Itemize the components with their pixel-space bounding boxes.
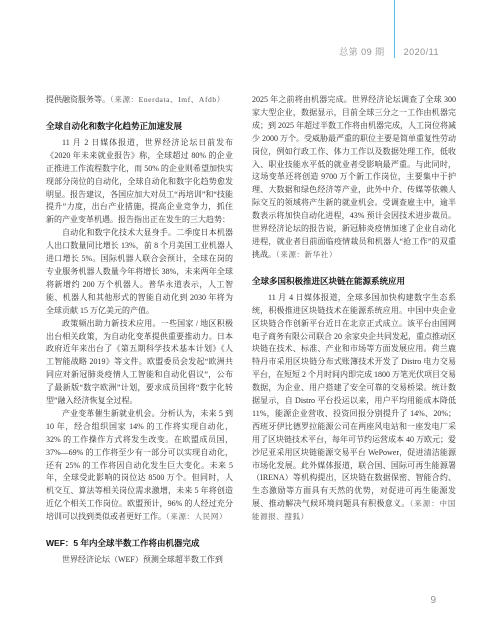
- article-title-blockchain-energy: 全球多国积极推进区块链在能源系统应用: [252, 275, 456, 287]
- left-column: 提供融资服务等。（来源：Enerdata、Imf、Afdb） 全球自动化和数字化…: [46, 94, 233, 567]
- issue-date: 2020/11: [404, 48, 439, 58]
- paragraph-text: 11 月 4 日媒体报道，全球多国加快构建数字生态系统，积极推进区块链技术在能源…: [252, 293, 456, 509]
- source-citation: （来源：新华社）: [276, 250, 337, 259]
- right-column: 2025 年之前将由机器完成。世界经济论坛调查了全球 300 家大型企业，数据显…: [252, 94, 456, 567]
- article-paragraph: 产业变革催生新就业机会。分析认为，未来 5 到 10 年，经合组织国家 14% …: [46, 408, 233, 524]
- paragraph-text: 世界经济论坛（WEF）预测全球超半数工作到: [62, 555, 223, 564]
- article-paragraph: 11 月 2 日媒体报道，世界经济论坛日前发布《2020 年未来就业报告》称，全…: [46, 137, 233, 227]
- article-paragraph: 世界经济论坛（WEF）预测全球超半数工作到: [46, 554, 233, 567]
- page-header: 总第 09 期 2020/11: [339, 0, 439, 58]
- article-paragraph: 自动化和数字化技术大显身手。二季度日本机器人出口数量同比增长 13%，前 8 个…: [46, 227, 233, 317]
- carryover-paragraph: 提供融资服务等。（来源：Enerdata、Imf、Afdb）: [46, 94, 233, 107]
- header-divider-line: [394, 0, 395, 58]
- issue-number: 总第 09 期: [339, 48, 385, 58]
- content-columns: 提供融资服务等。（来源：Enerdata、Imf、Afdb） 全球自动化和数字化…: [46, 94, 456, 567]
- source-citation: （来源：Enerdata、Imf、Afdb）: [110, 95, 225, 104]
- article-title-wef-machines: WEF：5 年内全球半数工作将由机器完成: [46, 537, 233, 549]
- source-citation: （来源：人民网）: [166, 512, 227, 521]
- article-title-automation-trend: 全球自动化和数字化趋势正加速发展: [46, 120, 233, 132]
- paragraph-text: 自动化和数字化技术大显身手。二季度日本机器人出口数量同比增长 13%，前 8 个…: [46, 228, 233, 314]
- paragraph-text: 产业变革催生新就业机会。分析认为，未来 5 到 10 年，经合组织国家 14% …: [46, 409, 233, 521]
- paragraph-text: 2025 年之前将由机器完成。世界经济论坛调查了全球 300 家大型企业，数据显…: [252, 95, 456, 259]
- paragraph-text: 11 月 2 日媒体报道，世界经济论坛日前发布《2020 年未来就业报告》称，全…: [46, 138, 233, 224]
- article-paragraph: 11 月 4 日媒体报道，全球多国加快构建数字生态系统，积极推进区块链技术在能源…: [252, 292, 456, 524]
- paragraph-text: 政策频出助力新技术应用。一些国家 / 地区积极出台相关政策，为自动化变革提供重要…: [46, 319, 233, 405]
- page-number: 9: [430, 596, 436, 606]
- magazine-page: 总第 09 期 2020/11 提供融资服务等。（来源：Enerdata、Imf…: [0, 0, 480, 626]
- article-paragraph: 政策频出助力新技术应用。一些国家 / 地区积极出台相关政策，为自动化变革提供重要…: [46, 318, 233, 408]
- carryover-paragraph: 2025 年之前将由机器完成。世界经济论坛调查了全球 300 家大型企业，数据显…: [252, 94, 456, 262]
- paragraph-text: 提供融资服务等。: [46, 95, 110, 104]
